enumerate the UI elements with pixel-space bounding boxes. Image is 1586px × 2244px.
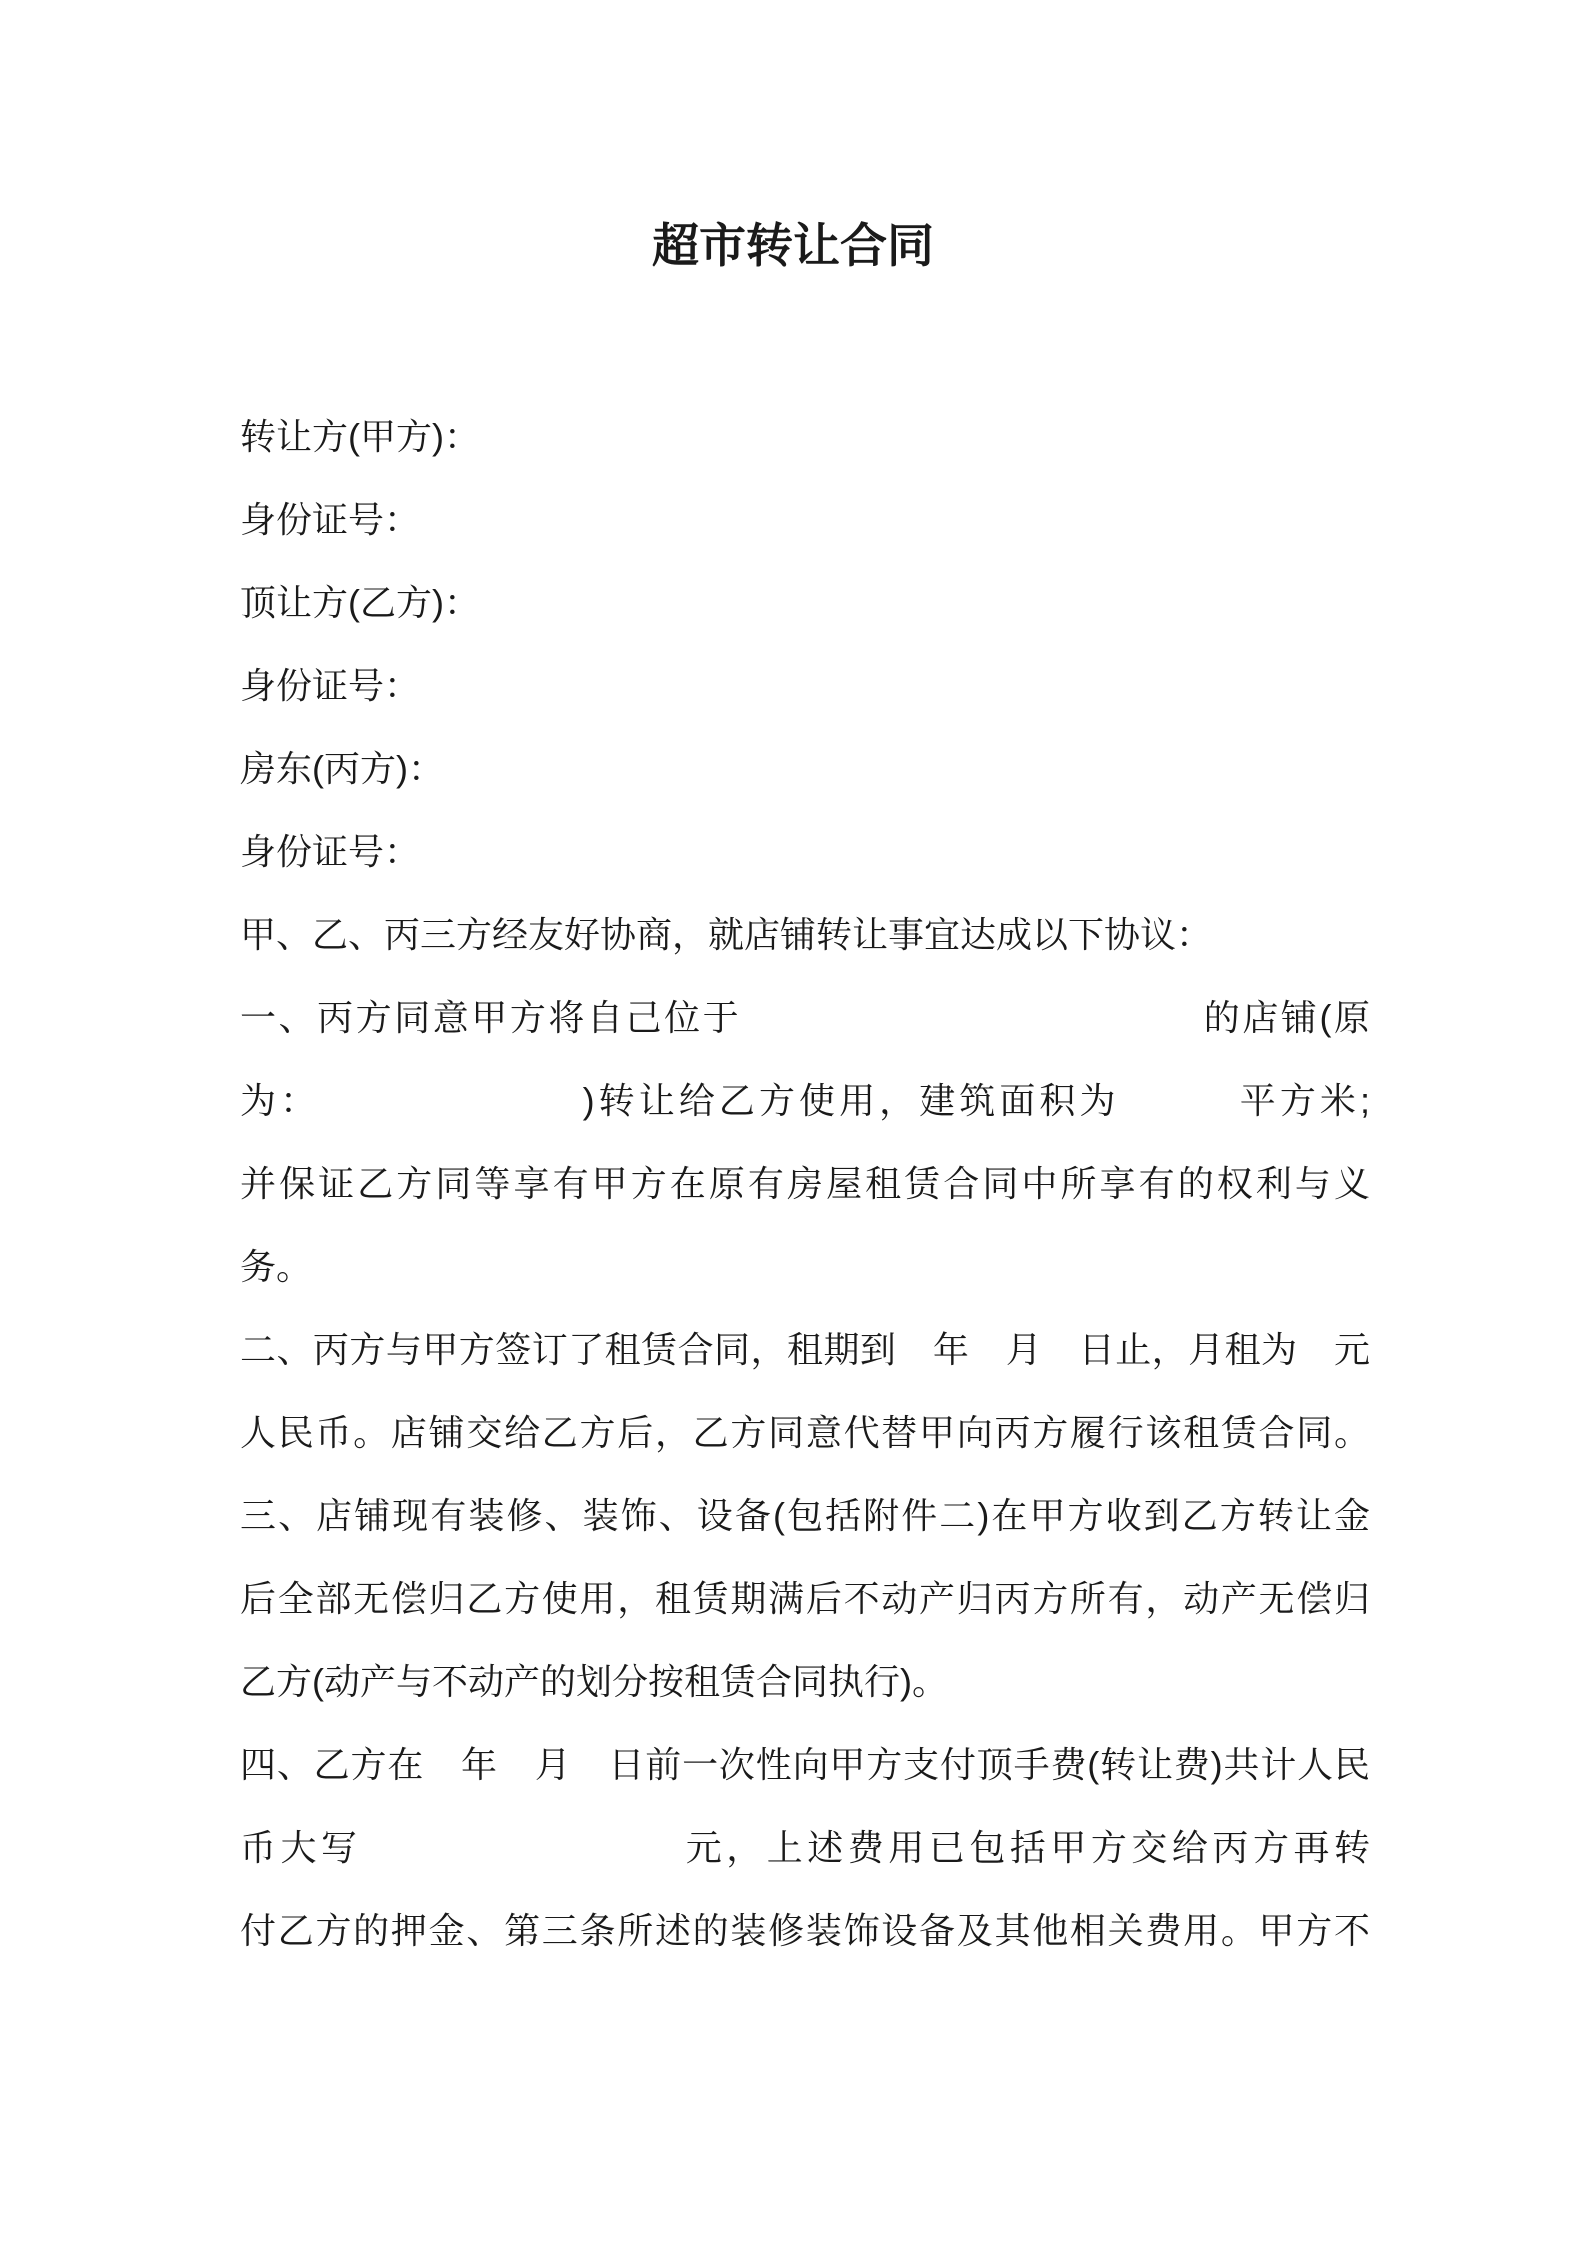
document-line: 付乙方的押金、第三条所述的装修装饰设备及其他相关费用。甲方不 [240,1889,1370,1972]
contract-page: 超市转让合同 转让方(甲方)：身份证号：顶让方(乙方)：身份证号：房东(丙方)：… [0,0,1586,2244]
document-line: 三、店铺现有装修、装饰、设备(包括附件二)在甲方收到乙方转让金 [240,1474,1370,1557]
document-line: 乙方(动产与不动产的划分按租赁合同执行)。 [240,1640,1370,1723]
document-line: 一、丙方同意甲方将自己位于 的店铺(原 [240,976,1370,1059]
document-line: 务。 [240,1225,1370,1308]
document-line: 房东(丙方)： [240,727,1370,810]
document-line: 后全部无偿归乙方使用，租赁期满后不动产归丙方所有，动产无偿归 [240,1557,1370,1640]
document-line: 四、乙方在 年 月 日前一次性向甲方支付顶手费(转让费)共计人民 [240,1723,1370,1806]
document-line: 并保证乙方同等享有甲方在原有房屋租赁合同中所享有的权利与义 [240,1142,1370,1225]
document-line: 身份证号： [240,478,1370,561]
document-line: 币大写 元，上述费用已包括甲方交给丙方再转 [240,1806,1370,1889]
document-line: 转让方(甲方)： [240,395,1370,478]
document-line: 身份证号： [240,810,1370,893]
document-line: 人民币。店铺交给乙方后，乙方同意代替甲向丙方履行该租赁合同。 [240,1391,1370,1474]
document-line: 二、丙方与甲方签订了租赁合同，租期到 年 月 日止，月租为 元 [240,1308,1370,1391]
document-title: 超市转让合同 [0,219,1586,273]
document-line: 身份证号： [240,644,1370,727]
document-line: 甲、乙、丙三方经友好协商，就店铺转让事宜达成以下协议： [240,893,1370,976]
document-line: 顶让方(乙方)： [240,561,1370,644]
document-line: 为： )转让给乙方使用，建筑面积为 平方米; [240,1059,1370,1142]
document-body: 转让方(甲方)：身份证号：顶让方(乙方)：身份证号：房东(丙方)：身份证号：甲、… [240,395,1370,1972]
